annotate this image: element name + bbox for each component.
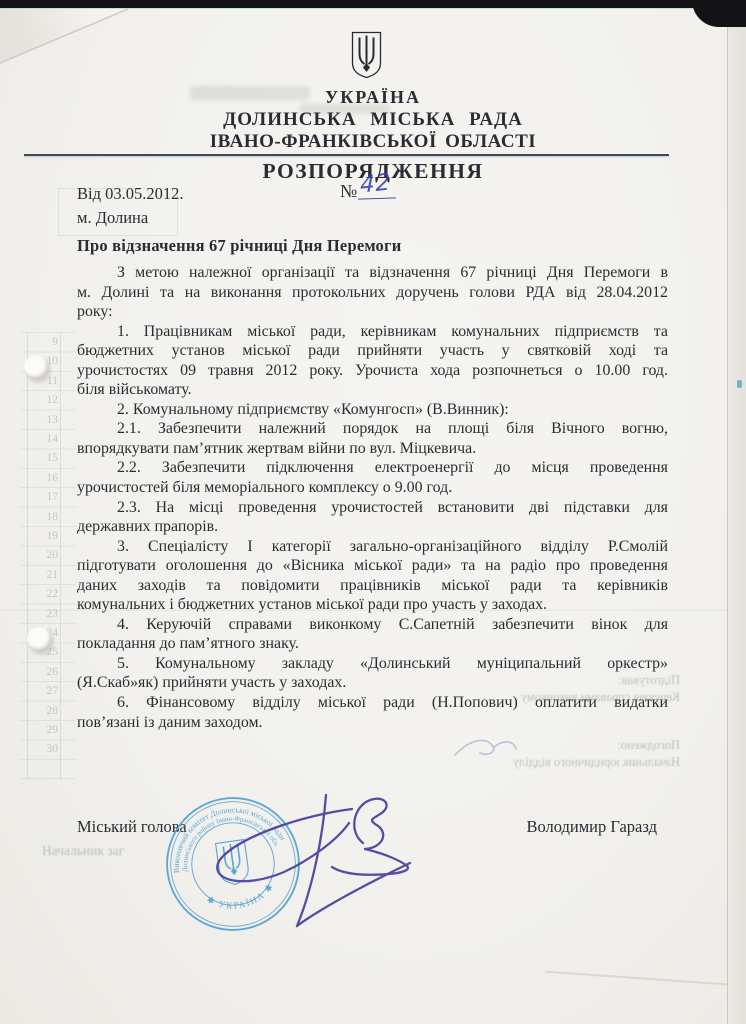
- bleedthrough-row-number: 29: [47, 724, 59, 736]
- bleedthrough-row-number: 16: [47, 472, 59, 484]
- bleedthrough-row-number: 11: [47, 375, 58, 387]
- bleedthrough-row-number: 9: [52, 336, 58, 348]
- bleedthrough-row-number: 17: [47, 491, 59, 503]
- bleedthrough-row-number: 30: [47, 743, 59, 755]
- country-title: УКРАЇНА: [0, 87, 746, 108]
- body-line: 6. Фінансовому відділу міської ради (Н.П…: [77, 693, 668, 713]
- punch-hole: [24, 355, 49, 380]
- corner-fold: [0, 8, 128, 64]
- council-title: ДОЛИНСЬКА МІСЬКА РАДА: [0, 109, 746, 131]
- body-line: комунальних і бюджетних установ міської …: [77, 595, 668, 615]
- body-line: 1. Працівникам міської ради, керівникам …: [77, 322, 668, 342]
- body-line: (Я.Скаб»як) прийняти участь у заходах.: [77, 673, 668, 693]
- number-underline: [358, 197, 396, 199]
- underlying-page-edge: [727, 8, 746, 1024]
- subject-line: Про відзначення 67 річниці Дня Перемоги: [77, 236, 401, 256]
- body-line: З метою належної організації та відзначе…: [77, 263, 668, 283]
- tryzub-icon: [350, 31, 383, 79]
- bleedthrough-row-number: 19: [47, 530, 59, 542]
- bleedthrough-row-numbers: 9101112131415161718192021222324252627282…: [36, 336, 58, 786]
- scanner-corner-shadow: [692, 0, 746, 27]
- ink-speck: [737, 380, 742, 388]
- handwritten-number: 42: [360, 169, 391, 198]
- bleedthrough-row-number: 14: [47, 433, 59, 445]
- bleedthrough-line: Начальник заг: [42, 843, 124, 859]
- body-line: 3. Спеціалісту І категорії загально-орга…: [77, 537, 668, 557]
- bleedthrough-row-number: 23: [47, 608, 59, 620]
- scanned-page: 9101112131415161718192021222324252627282…: [0, 0, 746, 1024]
- scanner-edge-top: [0, 0, 746, 8]
- punch-hole: [27, 627, 52, 652]
- bleedthrough-row-number: 13: [47, 414, 59, 426]
- body-line: м. Долині та на виконання протокольних д…: [77, 283, 668, 303]
- bleedthrough-row-number: 26: [47, 666, 59, 678]
- bleedthrough-table-line: [27, 332, 28, 780]
- document-city: м. Долина: [77, 208, 148, 228]
- bleedthrough-row-number: 27: [47, 685, 59, 697]
- body-line: 4. Керуючій справами виконкому С.Сапетні…: [77, 615, 668, 635]
- body-line: даних заходів та повідомити працівників …: [77, 576, 668, 596]
- bleedthrough-row-number: 18: [47, 511, 59, 523]
- bleedthrough-row-number: 22: [47, 588, 59, 600]
- body-line: 2.3. На місці проведення урочистостей вс…: [77, 498, 668, 518]
- order-body: З метою належної організації та відзначе…: [77, 263, 668, 732]
- bleedthrough-row-number: 28: [47, 705, 59, 717]
- body-line: біля військомату.: [77, 380, 668, 400]
- number-sign: №: [340, 181, 357, 202]
- body-line: бюджетних установ міської ради прийняти …: [77, 341, 668, 361]
- bleedthrough-row-number: 21: [47, 569, 59, 581]
- signer-name: Володимир Гаразд: [526, 817, 657, 837]
- document-date: Від 03.05.2012.: [77, 184, 184, 204]
- bleedthrough-row-number: 15: [47, 452, 59, 464]
- body-line: 5. Комунальному закладу «Долинський муні…: [77, 654, 668, 674]
- body-line: 2.1. Забезпечити належний порядок на пло…: [77, 419, 668, 439]
- body-line: року:: [77, 302, 668, 322]
- bleedthrough-row-number: 20: [47, 549, 59, 561]
- body-line: підготувати оголошення до «Вісника міськ…: [77, 556, 668, 576]
- body-line: покладання до пам’ятного знаку.: [77, 634, 668, 654]
- body-line: впорядкувати пам’ятник жертвам війни по …: [77, 439, 668, 459]
- body-line: державних прапорів.: [77, 517, 668, 537]
- bleedthrough-table-line: [60, 332, 61, 780]
- body-line: 2.2. Забезпечити підключення електроенер…: [77, 458, 668, 478]
- body-line: 2. Комунальному підприємству «Комунгосп»…: [77, 400, 668, 420]
- bleedthrough-row-number: 12: [47, 394, 59, 406]
- body-line: урочистостей біля меморіального комплекс…: [77, 478, 668, 498]
- header-rule: [24, 154, 669, 156]
- signature-ink: [200, 715, 480, 940]
- fold-crease: [545, 971, 746, 988]
- body-line: урочистостях 09 травня 2012 року. Урочис…: [77, 361, 668, 381]
- region-title: ІВАНО-ФРАНКІВСЬКОЇ ОБЛАСТІ: [0, 131, 746, 153]
